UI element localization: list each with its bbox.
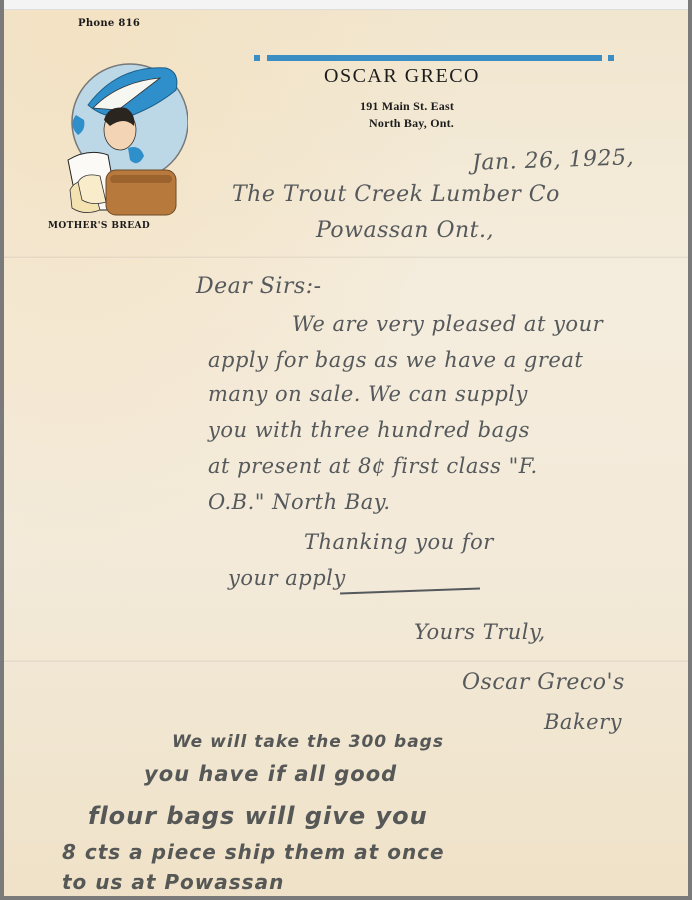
scan-top-edge [4, 0, 688, 10]
sign-off: Yours Truly, [414, 620, 546, 644]
body-line: at present at 8¢ first class "F. [208, 454, 538, 478]
recipient-line-2: Powassan Ont., [316, 218, 494, 243]
body-line: apply for bags as we have a great [208, 348, 583, 372]
salutation: Dear Sirs:- [196, 274, 322, 299]
fold-crease [4, 660, 688, 663]
fold-crease [4, 256, 688, 259]
closing-underline [340, 588, 480, 595]
mothers-bread-logo-icon [48, 60, 188, 225]
closing-line: Thanking you for [304, 530, 494, 554]
annotation-line: to us at Powassan [62, 870, 284, 894]
signature-line-1: Oscar Greco's [462, 670, 625, 695]
annotation-line: flour bags will give you [88, 802, 428, 830]
annotation-line: 8 cts a piece ship them at once [62, 840, 445, 864]
body-line: many on sale. We can supply [208, 382, 528, 406]
letterhead-rule-dot [608, 55, 614, 61]
company-name: OSCAR GRECO [324, 65, 480, 88]
body-line: We are very pleased at your [292, 312, 603, 336]
letterhead-rule [267, 55, 602, 61]
letterhead-rule-dot [254, 55, 260, 61]
body-line: O.B." North Bay. [208, 490, 391, 514]
annotation-line: We will take the 300 bags [172, 732, 444, 752]
closing-line: your apply [228, 566, 346, 590]
address-line-2: North Bay, Ont. [369, 116, 454, 131]
signature-line-2: Bakery [544, 710, 622, 734]
logo-caption: MOTHER'S BREAD [48, 221, 150, 231]
body-line: you with three hundred bags [208, 418, 530, 442]
letter-date: Jan. 26, 1925, [472, 145, 635, 176]
phone-number: Phone 816 [78, 18, 140, 29]
annotation-line: you have if all good [144, 762, 397, 786]
address-line-1: 191 Main St. East [360, 99, 454, 114]
recipient-line-1: The Trout Creek Lumber Co [232, 182, 560, 207]
letter-page: Phone 816 MOTHER'S BREAD OSCAR GRECO 191… [4, 10, 688, 896]
